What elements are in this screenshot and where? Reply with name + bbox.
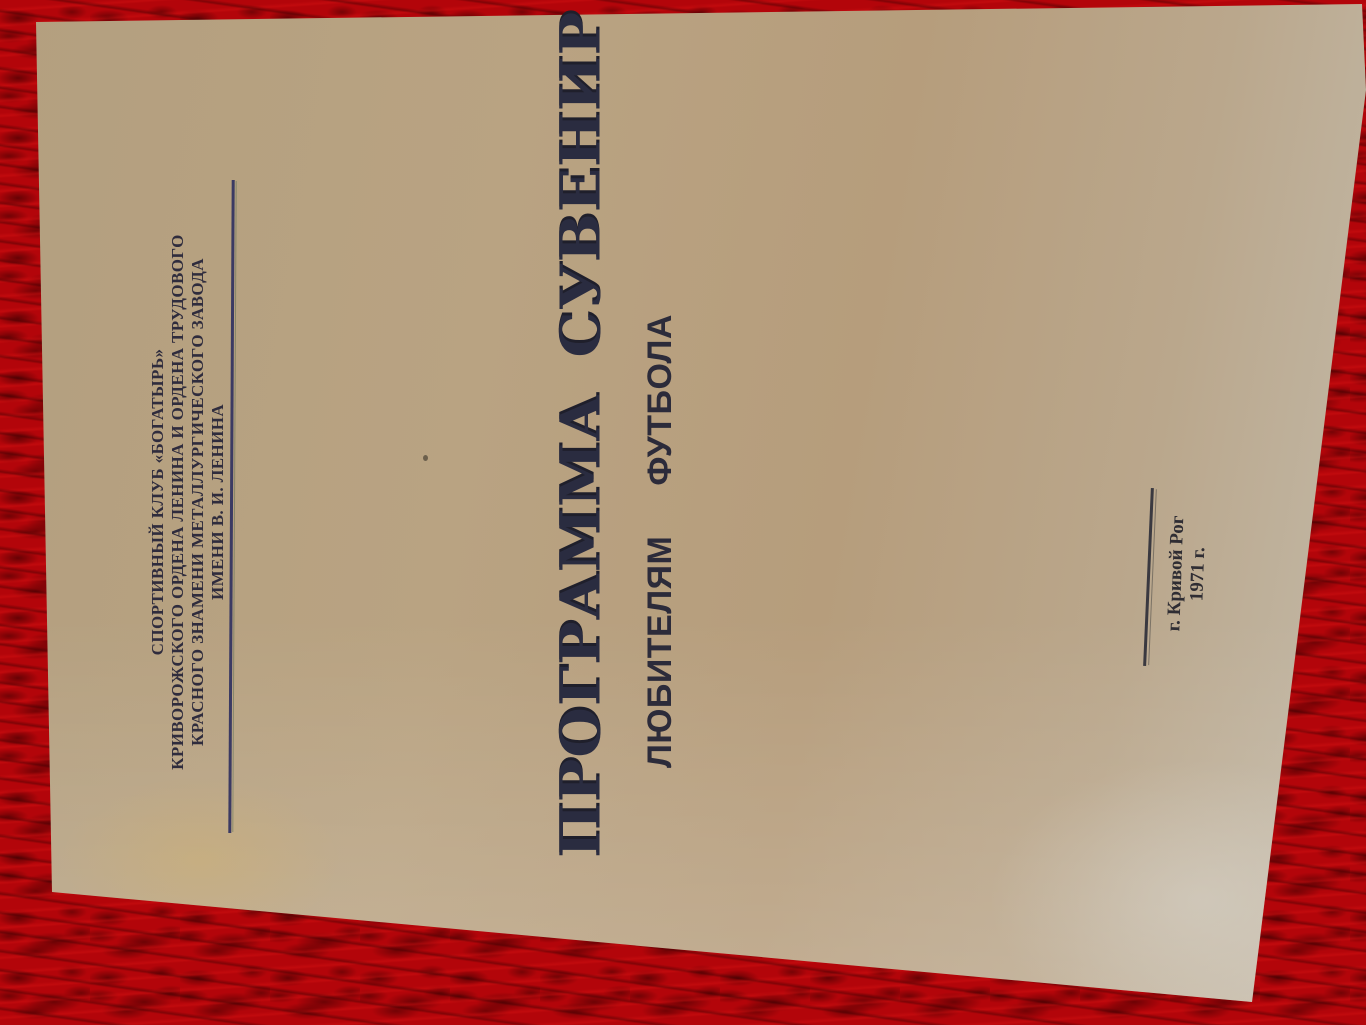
publisher-line: ИМЕНИ В. И. ЛЕНИНА [208, 172, 228, 832]
subtitle-word: ЛЮБИТЕЛЯМ [641, 536, 679, 768]
paper-speck [423, 455, 428, 461]
publisher-line: КРИВОРОЖСКОГО ОРДЕНА ЛЕНИНА И ОРДЕНА ТРУ… [168, 172, 188, 832]
publisher-block: СПОРТИВНЫЙ КЛУБ «БОГАТЫРЬ» КРИВОРОЖСКОГО… [148, 172, 228, 832]
cover-title: ПРОГРАММАСУВЕНИР [552, 198, 609, 858]
imprint: г. Кривой Рог 1971 г. [1162, 478, 1213, 669]
title-word: СУВЕНИР [548, 11, 613, 358]
title-word: ПРОГРАММА [548, 394, 613, 858]
publisher-line: СПОРТИВНЫЙ КЛУБ «БОГАТЫРЬ» [148, 172, 168, 832]
subtitle-word: ФУТБОЛА [641, 314, 679, 486]
cover-subtitle: ЛЮБИТЕЛЯМФУТБОЛА [640, 248, 680, 768]
publisher-line: КРАСНОГО ЗНАМЕНИ МЕТАЛЛУРГИЧЕСКОГО ЗАВОД… [188, 172, 208, 832]
